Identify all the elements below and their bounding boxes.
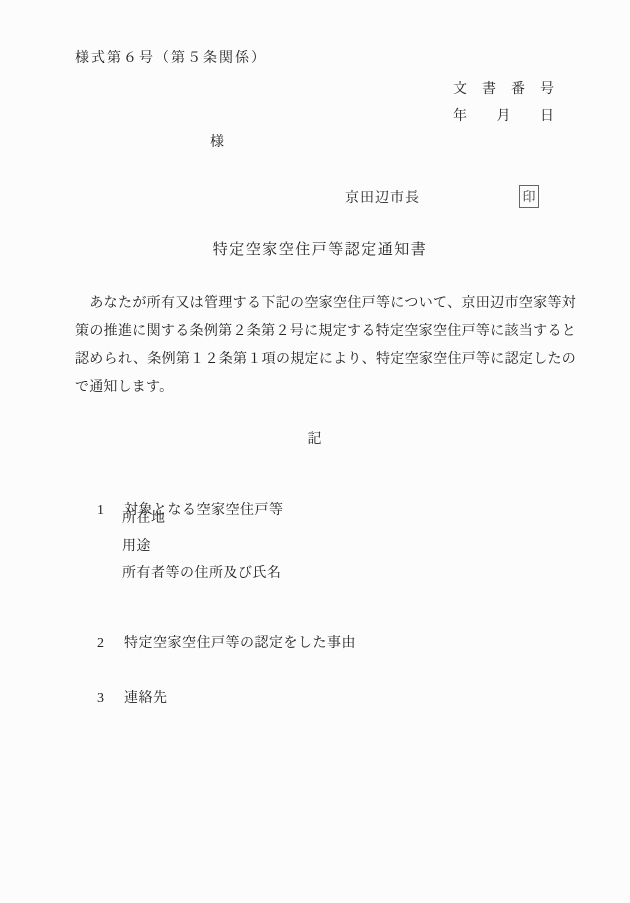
body-paragraph-line: で通知します。 — [75, 379, 576, 397]
section-heading: 連絡先 — [124, 691, 168, 706]
field-label-usage: 用途 — [122, 538, 151, 556]
addressee-honorific: 様 — [210, 134, 224, 152]
doc-number-label: 文 書 番 号 — [453, 81, 553, 99]
field-label-owner-address-name: 所有者等の住所及び氏名 — [122, 565, 282, 583]
form-number-label: 様式第６号（第５条関係） — [75, 50, 267, 68]
document-page: 様式第６号（第５条関係） 文 書 番 号 年 月 日 様 京田辺市長 印 特定空… — [0, 0, 630, 903]
date-placeholder-line: 年 月 日 — [453, 108, 553, 126]
sender-name: 京田辺市長 — [345, 190, 420, 208]
document-title: 特定空家空住戸等認定通知書 — [0, 241, 630, 261]
body-paragraph-line: 策の推進に関する条例第２条第２号に規定する特定空家空住戸等に該当すると — [75, 323, 576, 341]
section-number: 1 — [97, 502, 124, 520]
section-designation-reason: 2特定空家空住戸等の認定をした事由 — [83, 617, 356, 672]
section-heading: 特定空家空住戸等の認定をした事由 — [124, 636, 356, 651]
body-paragraph-line: あなたが所有又は管理する下記の空家空住戸等について、京田辺市空家等対 — [75, 295, 576, 313]
section-target-property: 1対象となる空家空住戸等 — [83, 484, 284, 539]
section-contact: 3連絡先 — [83, 672, 168, 727]
section-number: 3 — [97, 690, 124, 708]
record-marker: 記 — [0, 431, 630, 449]
body-paragraph-line: 認められ、条例第１２条第１項の規定により、特定空家空住戸等に認定したの — [75, 351, 576, 369]
field-label-location: 所在地 — [122, 510, 166, 528]
section-number: 2 — [97, 635, 124, 653]
seal-stamp-box: 印 — [519, 185, 539, 208]
